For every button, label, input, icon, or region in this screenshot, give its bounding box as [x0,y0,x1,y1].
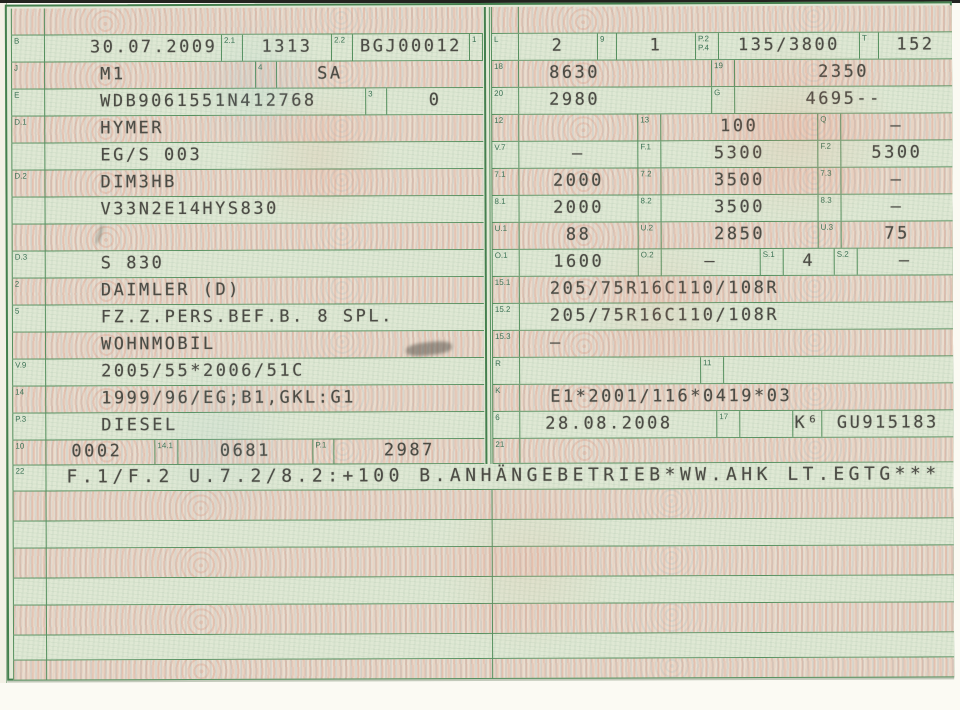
field-value-J: M1 [45,62,255,89]
field-value-O1-3: – [662,249,760,275]
field-value-O1-7: – [858,248,953,274]
field-value-O1: 1600 [520,249,638,275]
field-label-D-2: D.2 [11,171,45,197]
field-label-K: K [492,385,520,411]
field-value-71: 2000 [519,168,637,194]
field-value-12 [519,114,637,140]
field-label-S-2: S.2 [834,249,858,275]
field-label-15-1: 15.1 [492,277,520,303]
field-label-blank [13,549,47,578]
field-label-18: 18 [491,61,519,87]
field-value-bottom-4 [47,575,954,604]
row-bottom-5 [13,602,954,635]
row-D2: D.2DIM3HB [11,169,483,198]
row-bottom-3 [13,545,954,578]
field-value-20-3: 4695-- [735,86,952,113]
field-label-4: 4 [255,62,277,88]
field-value-10-3: 0681 [178,440,312,464]
row-EGS: EG/S 003 [11,142,483,171]
field-label-P-3: P.3 [12,414,46,440]
field-label-21: 21 [492,439,520,463]
field-label-12: 12 [491,115,519,141]
field-value-U1-3: 2850 [662,222,818,249]
field-label-14: 14 [12,387,46,413]
field-value-81-5: – [841,194,952,220]
row-J: JM14SA [11,61,483,90]
field-label-P-1: P.1 [312,440,334,464]
field-label-U-2: U.2 [638,222,662,248]
field-label-J: J [11,63,45,89]
field-value-bottom-6 [47,632,954,659]
field-label-P-2-P-4: P.2 P.4 [695,33,719,59]
field-value-top-right [519,5,952,33]
row-blank-left [12,223,484,252]
field-label-D-3: D.3 [12,252,46,278]
field-label-blank [13,636,47,660]
field-label-O-2: O.2 [638,249,662,275]
field-label-8-1: 8.1 [491,196,519,222]
field-label-B: B [11,36,45,62]
field-value-L-3: 1 [617,33,695,59]
field-value-D1: HYMER [45,115,483,143]
row-B: B30.07.20092.113132.2BGJ000121 [11,34,483,63]
field-value-L-5: 135/3800 [719,33,859,59]
row-bottom-6 [13,632,954,660]
field-label-22: 22 [12,466,46,491]
field-label-2: 2 [12,279,46,305]
field-value-6-4: K⁶ [792,411,822,437]
row-P3: P.3DIESEL [12,412,484,441]
field-label-8-3: 8.3 [817,195,841,221]
field-value-R-3 [724,356,953,383]
field-value-B: 30.07.2009 [45,35,221,62]
row-D1: D.1HYMER [11,115,483,144]
field-value-10: 0002 [46,440,154,464]
field-label-Q: Q [817,114,841,140]
field-value-bottom-7 [47,657,954,679]
field-value-18: 8630 [519,60,711,87]
field-value-18-3: 2350 [735,59,952,86]
field-label-O-1: O.1 [492,250,520,276]
row-71: 7.120007.235007.3– [491,167,952,196]
row-151: 15.1205/75R16C110/108R [492,275,953,304]
field-label-blank [12,333,46,359]
row-5: 5FZ.Z.PERS.BEF.B. 8 SPL. [12,304,484,333]
field-value-151: 205/75R16C110/108R [520,275,953,303]
field-value-E-3: 0 [387,88,483,114]
field-label-8-2: 8.2 [637,195,661,221]
field-value-K: E1*2001/116*0419*03 [520,383,953,411]
row-U1: U.188U.22850U.375 [492,221,953,250]
row-E: EWDB9061551N41276830 [11,88,483,117]
field-label-S-1: S.1 [760,249,784,275]
row-10: 10000214.10681P.12987 [12,439,484,466]
field-value-U1-5: 75 [842,221,953,247]
field-value-V9: 2005/55*2006/51C [46,358,484,386]
field-value-14: 1999/96/EG;B1,GKL:G1 [46,385,484,413]
field-value-2: DAIMLER (D) [46,277,484,305]
field-value-L: 2 [519,34,597,60]
field-value-B-5: BGJ00012 [353,34,469,60]
row-bottom-4 [13,575,954,605]
field-label-blank [13,661,47,680]
field-value-bottom-3 [47,545,954,577]
row-V9: V.92005/55*2006/51C [12,358,484,387]
field-value-153: – [520,329,953,357]
field-value-R [520,357,700,384]
field-value-10-5: 2987 [334,439,484,464]
field-label-6: 6 [492,412,520,438]
field-label-15-2: 15.2 [492,304,520,330]
field-label-U-1: U.1 [492,223,520,249]
field-value-12-5: – [841,113,952,139]
field-value-U1: 88 [520,222,638,248]
field-label-15-3: 15.3 [492,331,520,357]
field-value-81-3: 3500 [661,195,817,222]
row-O1: O.11600O.2–S.14S.2– [492,248,953,277]
field-label-7-3: 7.3 [817,168,841,194]
field-value-B-3: 1313 [243,35,331,61]
row-top-left [11,7,483,36]
field-value-E: WDB9061551N412768 [45,88,365,115]
field-value-D3: S 830 [46,250,484,278]
field-value-P3: DIESEL [46,412,484,440]
field-label-11: 11 [700,357,724,383]
field-value-71-5: – [841,167,952,193]
row-V33: V33N2E14HYS830 [11,196,483,225]
field-label-blank [13,579,47,605]
field-value-6-3 [740,411,792,437]
field-label-F-2: F.2 [817,141,841,167]
field-label-1: 1 [469,34,483,60]
field-label-V-9: V.9 [12,360,46,386]
field-label-V-7: V.7 [491,142,519,168]
field-value-top-left [45,7,483,35]
field-value-V7: – [519,141,637,167]
field-value-22: F.1/F.2 U.7.2/8.2:+100 B.ANHÄNGEBETRIEB*… [46,462,953,490]
field-value-V7-3: 5300 [661,141,817,168]
field-value-V33: V33N2E14HYS830 [45,196,483,224]
field-label-blank [13,606,47,635]
field-value-20: 2980 [519,87,711,114]
vehicle-registration-document: B30.07.20092.113132.2BGJ000121JM14SAEWDB… [5,1,954,680]
field-value-6-5: GU915183 [822,410,953,436]
field-label-G: G [711,87,735,113]
row-153: 15.3– [492,329,953,358]
field-value-blank-left [46,223,484,251]
field-label-20: 20 [491,88,519,114]
row-6: 628.08.200817K⁶GU915183 [492,410,953,439]
row-D3: D.3S 830 [12,250,484,279]
field-value-O1-5: 4 [784,249,834,275]
row-top-right [491,5,952,34]
row-bottom-2 [13,518,954,548]
field-value-6: 28.08.2008 [520,411,716,438]
field-label-blank [13,492,47,521]
field-label-blank [11,144,45,170]
field-value-152: 205/75R16C110/108R [520,302,953,330]
field-label-7-1: 7.1 [491,169,519,195]
field-label-blank [11,198,45,224]
field-label-14-1: 14.1 [154,440,178,464]
row-K: KE1*2001/116*0419*03 [492,383,953,412]
field-label-10: 10 [12,441,46,465]
field-label-blank [11,9,45,35]
row-R: R11 [492,356,953,385]
row-bottom-1 [13,488,954,521]
field-value-L-7: 152 [879,32,952,58]
row-bottom-7 [13,657,954,680]
row-L: L291P.2 P.4135/3800T152 [491,32,952,61]
field-value-bottom-2 [47,518,954,547]
row-V7: V.7–F.15300F.25300 [491,140,952,169]
field-label-13: 13 [637,114,661,140]
field-value-V7-5: 5300 [841,140,952,166]
field-label-T: T [859,33,879,59]
field-label-5: 5 [12,306,46,332]
field-value-71-3: 3500 [661,168,817,195]
field-label-19: 19 [711,60,735,86]
field-label-blank [12,225,46,251]
field-label-blank [491,7,519,33]
field-label-D-1: D.1 [11,117,45,143]
row-14: 141999/96/EG;B1,GKL:G1 [12,385,484,414]
field-value-5: FZ.Z.PERS.BEF.B. 8 SPL. [46,304,484,332]
field-value-EGS: EG/S 003 [45,142,483,170]
field-label-17: 17 [716,411,740,437]
field-label-L: L [491,34,519,60]
field-value-12-3: 100 [661,114,817,141]
field-value-81: 2000 [519,195,637,221]
field-grid: B30.07.20092.113132.2BGJ000121JM14SAEWDB… [7,3,950,6]
field-label-3: 3 [365,88,387,114]
field-value-bottom-5 [47,602,954,634]
field-value-bottom-1 [47,488,954,520]
row-152: 15.2205/75R16C110/108R [492,302,953,331]
row-21: 21 [492,437,953,464]
field-value-21 [520,437,953,463]
row-81: 8.120008.235008.3– [491,194,952,223]
field-label-2-1: 2.1 [221,35,243,61]
field-value-J-3: SA [277,61,483,88]
field-label-blank [13,522,47,548]
field-label-U-3: U.3 [818,222,842,248]
field-value-D2: DIM3HB [45,169,483,197]
field-label-R: R [492,358,520,384]
field-label-9: 9 [597,34,617,60]
field-label-7-2: 7.2 [637,168,661,194]
row-2: 2DAIMLER (D) [12,277,484,306]
field-label-F-1: F.1 [637,141,661,167]
row-18: 188630192350 [491,59,952,88]
row-22: 22F.1/F.2 U.7.2/8.2:+100 B.ANHÄNGEBETRIE… [12,462,953,491]
field-label-E: E [11,90,45,116]
row-12: 1213100Q– [491,113,952,142]
row-20: 202980G4695-- [491,86,952,115]
field-label-2-2: 2.2 [331,34,353,60]
